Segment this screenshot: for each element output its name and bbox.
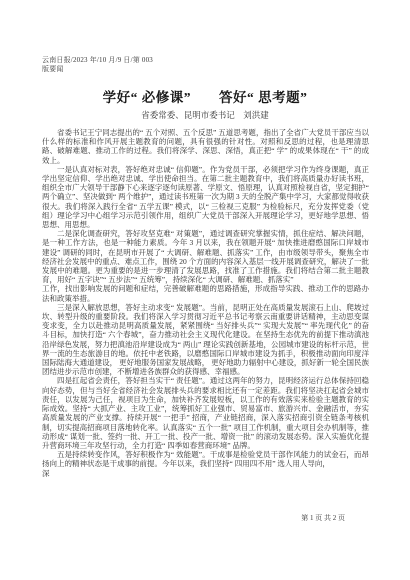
source-line-1: 云南日报/2023 年/10 月/9 日/第 003 [42, 56, 153, 65]
article-paragraph-continuation: 深 [42, 469, 369, 478]
article-paragraph: 二是深化调查研究，答好攻坚克难“ 对策题”，通过调查研究掌握实情，抓住症结、解决… [42, 229, 369, 284]
document-page: 云南日报/2023 年/10 月/9 日/第 003 版要闻 学好“ 必修课” … [0, 0, 410, 580]
source-line-2: 版要闻 [42, 65, 153, 74]
article-paragraph: 三是深入解放思想，答好主动求变“ 发展题”。当前，昆明正处在高质量发展滚石上山、… [42, 303, 369, 377]
article-title: 学好“ 必修课” 答好“ 思考题” [0, 86, 410, 106]
article-paragraph: 一是认真对标对表，答好绝对忠诚“ 信仰题”。作为党员干部，必须把学习作为终身课题… [42, 165, 369, 229]
source-citation: 云南日报/2023 年/10 月/9 日/第 003 版要闻 [42, 56, 153, 74]
article-byline: 省委常委、昆明市委书记 刘洪建 [0, 109, 410, 121]
article-paragraph: 省委书记王宁同志提出的“ 五个对照、五个反思” 五道思考题，指出了全省广大党员干… [42, 128, 369, 165]
article-paragraph-continuation: 工作，找出影响发展的问题和症结，完善破解难题的思路措施，形成指导实践、推动工作的… [42, 284, 369, 302]
page-number: 第 1 页 共 2 页 [301, 513, 345, 523]
article-paragraph: 五是持续转变作风，答好积极作为“ 效能题”。干成事是检验党员干部作风能力的试金石… [42, 450, 369, 468]
article-paragraph: 四是扛起省会责任，答好担当实干“ 责任题”。通过这两年的努力，昆明经济运行总体保… [42, 376, 369, 450]
article-body: 省委书记王宁同志提出的“ 五个对照、五个反思” 五道思考题，指出了全省广大党员干… [42, 128, 369, 478]
